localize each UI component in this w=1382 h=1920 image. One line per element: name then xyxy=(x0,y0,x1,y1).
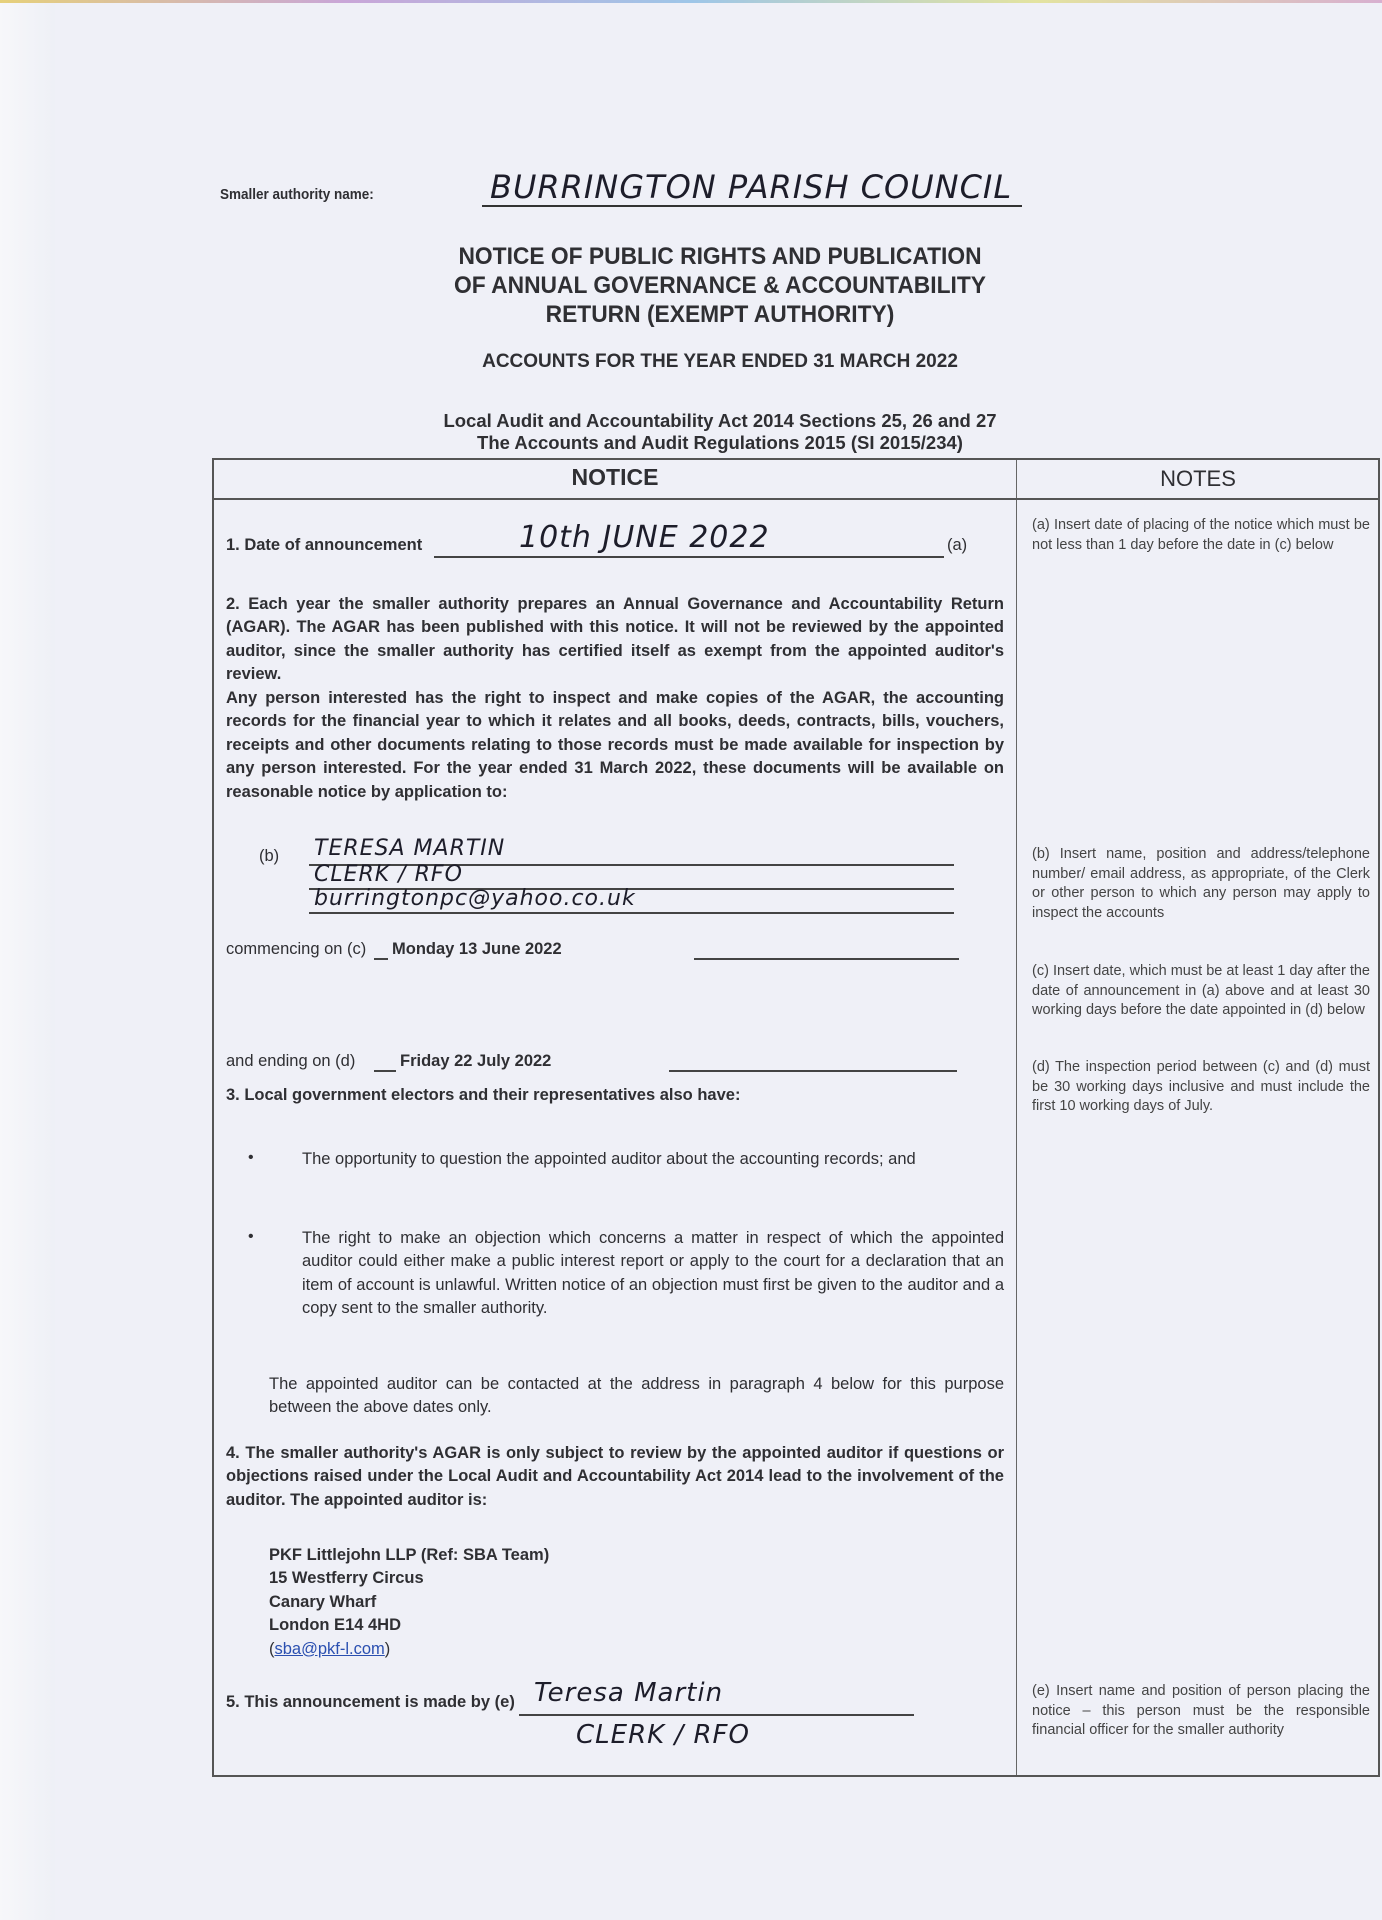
section-4-paragraph: 4. The smaller authority's AGAR is only … xyxy=(226,1442,1004,1512)
contact-email: burringtonpc@yahoo.co.uk xyxy=(314,886,636,911)
auditor-contact-note: The appointed auditor can be contacted a… xyxy=(269,1373,1004,1420)
contact-name: TERESA MARTIN xyxy=(314,836,505,861)
announcement-date-line xyxy=(434,556,944,558)
legislation-references: Local Audit and Accountability Act 2014 … xyxy=(300,410,1140,454)
table-header-row: NOTICE NOTES xyxy=(214,460,1378,500)
bullet-icon: • xyxy=(248,1149,254,1167)
notice-table: NOTICE NOTES 1. Date of announcement 10t… xyxy=(212,458,1380,1777)
title-line: OF ANNUAL GOVERNANCE & ACCOUNTABILITY xyxy=(321,271,1119,300)
ending-line-lead xyxy=(374,1070,396,1072)
notes-column-header: NOTES xyxy=(1018,466,1378,492)
note-e: (e) Insert name and position of person p… xyxy=(1032,1682,1370,1741)
section-3-bullet-2: The right to make an objection which con… xyxy=(302,1227,1004,1321)
commencing-date: Monday 13 June 2022 xyxy=(392,940,562,959)
note-d: (d) The inspection period between (c) an… xyxy=(1032,1058,1370,1117)
announcement-date-value: 10th JUNE 2022 xyxy=(519,520,770,555)
signature: Teresa Martin xyxy=(534,1678,723,1708)
accounts-year-heading: ACCOUNTS FOR THE YEAR ENDED 31 MARCH 202… xyxy=(300,351,1140,373)
section-2-paragraph-2: Any person interested has the right to i… xyxy=(226,687,1004,804)
scan-edge xyxy=(0,0,1382,3)
document-title: NOTICE OF PUBLIC RIGHTS AND PUBLICATION … xyxy=(300,242,1140,329)
contact-position: CLERK / RFO xyxy=(314,862,463,887)
auditor-city-postcode: London E14 4HD xyxy=(269,1614,869,1637)
column-divider xyxy=(1016,460,1017,1775)
section-2-paragraph-1: 2. Each year the smaller authority prepa… xyxy=(226,593,1004,687)
signature-line xyxy=(519,1714,914,1716)
authority-label: Smaller authority name: xyxy=(220,186,374,203)
auditor-street: 15 Westferry Circus xyxy=(269,1567,869,1590)
auditor-name: PKF Littlejohn LLP (Ref: SBA Team) xyxy=(269,1544,869,1567)
title-line: NOTICE OF PUBLIC RIGHTS AND PUBLICATION xyxy=(321,242,1119,271)
contact-line-3 xyxy=(309,912,954,914)
note-c: (c) Insert date, which must be at least … xyxy=(1032,962,1370,1021)
auditor-email-wrap: (sba@pkf-l.com) xyxy=(269,1638,869,1661)
act-reference: Local Audit and Accountability Act 2014 … xyxy=(300,410,1140,432)
bullet-icon: • xyxy=(248,1228,254,1246)
authority-name-handwritten: BURRINGTON PARISH COUNCIL xyxy=(490,168,1012,206)
title-line: RETURN (EXEMPT AUTHORITY) xyxy=(321,300,1119,329)
section-3-bullet-1: The opportunity to question the appointe… xyxy=(302,1148,1004,1171)
authority-name-line xyxy=(482,205,1022,207)
auditor-address: PKF Littlejohn LLP (Ref: SBA Team) 15 We… xyxy=(269,1544,869,1661)
note-b: (b) Insert name, position and address/te… xyxy=(1032,845,1370,923)
ending-line xyxy=(669,1070,957,1072)
note-a: (a) Insert date of placing of the notice… xyxy=(1032,516,1370,555)
announcement-by-label: 5. This announcement is made by (e) xyxy=(226,1693,515,1712)
ending-date: Friday 22 July 2022 xyxy=(400,1052,551,1071)
signatory-position: CLERK / RFO xyxy=(576,1720,750,1750)
commencing-line xyxy=(694,958,959,960)
announcement-date-label: 1. Date of announcement xyxy=(226,536,422,555)
commencing-line-lead xyxy=(374,958,388,960)
auditor-email-link[interactable]: sba@pkf-l.com xyxy=(275,1640,385,1658)
marker-b: (b) xyxy=(259,847,279,866)
page-edge xyxy=(0,0,55,1920)
ending-label: and ending on (d) xyxy=(226,1052,355,1071)
auditor-district: Canary Wharf xyxy=(269,1591,869,1614)
authority-name-row: Smaller authority name: BURRINGTON PARIS… xyxy=(220,168,1020,208)
section-3-heading: 3. Local government electors and their r… xyxy=(226,1084,1004,1107)
notice-column-header: NOTICE xyxy=(214,464,1016,491)
commencing-label: commencing on (c) xyxy=(226,940,366,959)
marker-a: (a) xyxy=(947,536,967,555)
act-reference: The Accounts and Audit Regulations 2015 … xyxy=(300,432,1140,454)
